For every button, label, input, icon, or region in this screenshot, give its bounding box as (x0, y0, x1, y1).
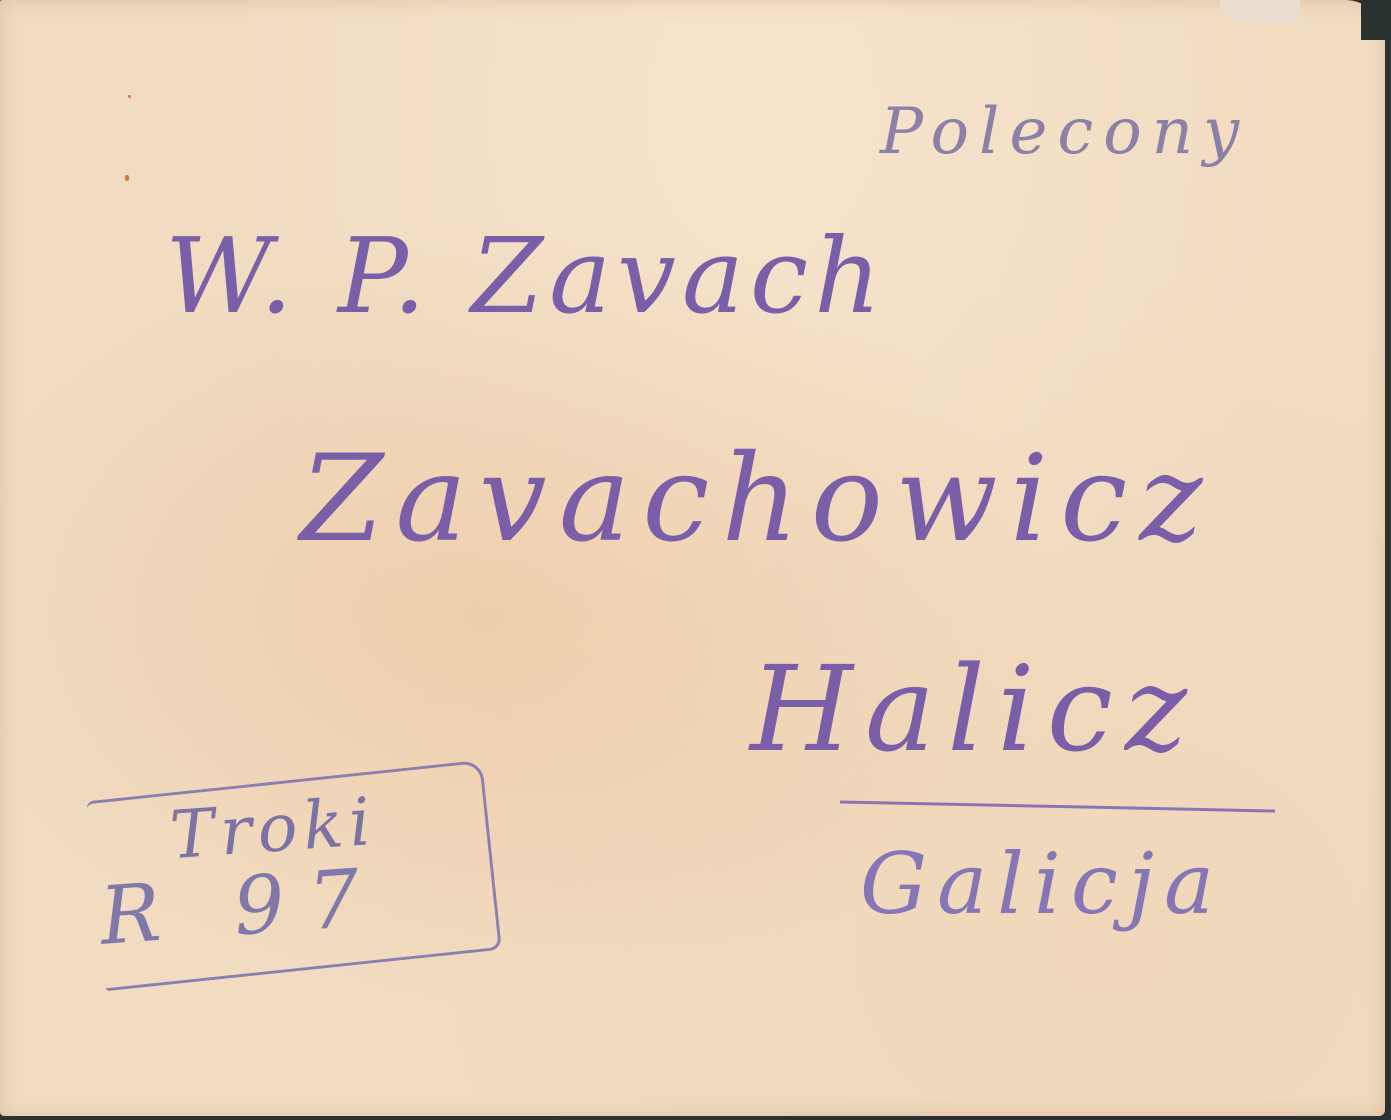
stain-speck (128, 95, 131, 98)
envelope: Polecony W. P. Zavach Zavachowicz Halicz… (0, 0, 1385, 1116)
registered-annotation: Polecony (880, 95, 1249, 169)
background-corner (1361, 0, 1391, 40)
city-underline (840, 800, 1275, 812)
stain-speck (125, 175, 129, 181)
address-recipient: W. P. Zavach (165, 215, 887, 337)
address-city: Halicz (750, 640, 1199, 778)
address-region: Galicja (860, 835, 1224, 933)
registration-number: R 97 (97, 850, 386, 963)
torn-corner (1220, 0, 1300, 22)
address-name: Zavachowicz (300, 430, 1215, 569)
